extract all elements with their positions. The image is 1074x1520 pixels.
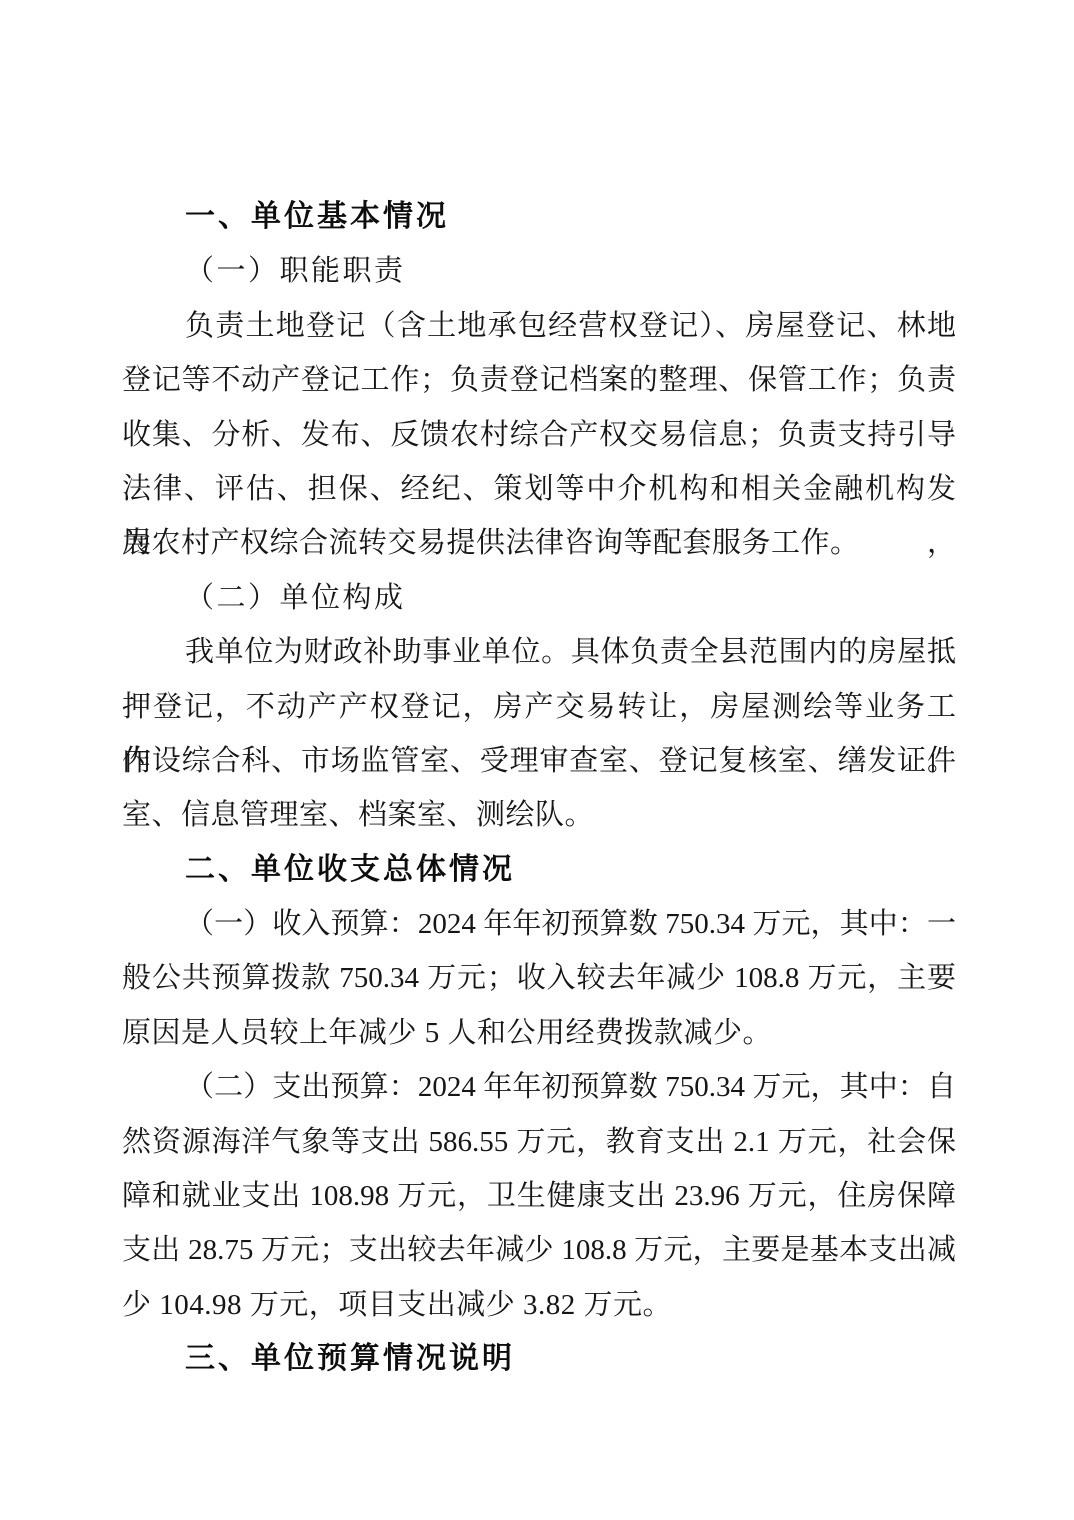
document-page: 一、单位基本情况 （一）职能职责 负责土地登记（含土地承包经营权登记）、房屋登记… [0,0,1074,1520]
paragraph-line: 收集、分析、发布、反馈农村综合产权交易信息；负责支持引导 [122,408,956,462]
paragraph-line: （二）支出预算：2024 年年初预算数 750.34 万元，其中：自 [122,1060,956,1114]
paragraph-line: 内设综合科、市场监管室、受理审查室、登记复核室、缮发证件 [122,734,956,788]
subsection-heading: （一）职能职责 [122,244,956,298]
paragraph-line: 室、信息管理室、档案室、测绘队。 [122,788,956,842]
paragraph-line: 法律、评估、担保、经纪、策划等中介机构和相关金融机构发展， [122,462,956,516]
paragraph-line: 我单位为财政补助事业单位。具体负责全县范围内的房屋抵 [122,625,956,679]
paragraph-line: 负责土地登记（含土地承包经营权登记）、房屋登记、林地 [122,299,956,353]
paragraph-line: （一）收入预算：2024 年年初预算数 750.34 万元，其中：一 [122,897,956,951]
section-heading-1: 一、单位基本情况 [122,190,956,244]
section-heading-3: 三、单位预算情况说明 [122,1332,956,1386]
paragraph-line: 押登记，不动产产权登记，房产交易转让，房屋测绘等业务工作。 [122,680,956,734]
paragraph-line: 支出 28.75 万元；支出较去年减少 108.8 万元，主要是基本支出减 [122,1223,956,1277]
subsection-heading: （二）单位构成 [122,571,956,625]
paragraph-line: 为农村产权综合流转交易提供法律咨询等配套服务工作。 [122,516,956,570]
document-body: 一、单位基本情况 （一）职能职责 负责土地登记（含土地承包经营权登记）、房屋登记… [122,190,956,1387]
paragraph-line: 障和就业支出 108.98 万元，卫生健康支出 23.96 万元，住房保障 [122,1169,956,1223]
paragraph-line: 原因是人员较上年减少 5 人和公用经费拨款减少。 [122,1006,956,1060]
section-heading-2: 二、单位收支总体情况 [122,843,956,897]
paragraph-line: 然资源海洋气象等支出 586.55 万元，教育支出 2.1 万元，社会保 [122,1115,956,1169]
paragraph-line: 般公共预算拨款 750.34 万元；收入较去年减少 108.8 万元，主要 [122,951,956,1005]
paragraph-line: 登记等不动产登记工作；负责登记档案的整理、保管工作；负责 [122,353,956,407]
paragraph-line: 少 104.98 万元，项目支出减少 3.82 万元。 [122,1278,956,1332]
